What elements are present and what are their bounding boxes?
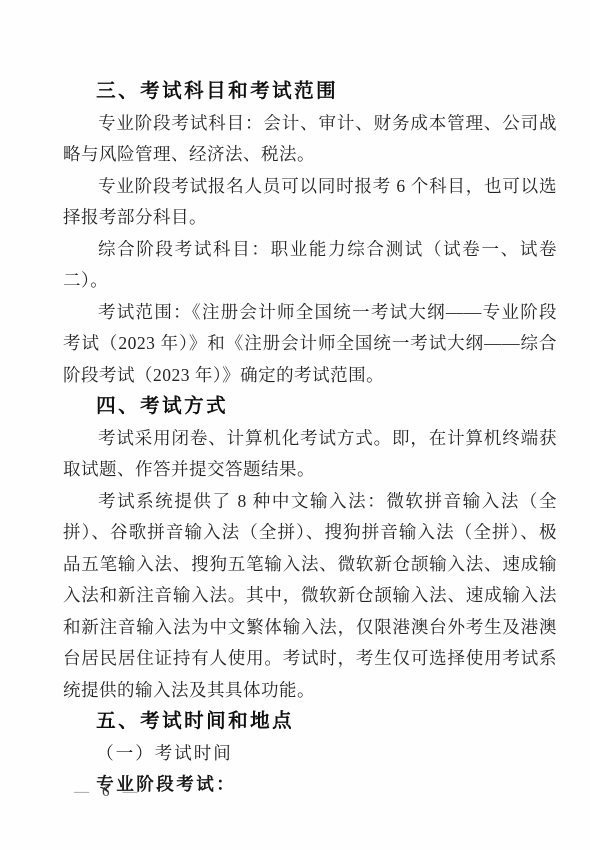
paragraph-registration-subjects: 专业阶段考试报名人员可以同时报考 6 个科目，也可以选择报考部分科目。 (63, 171, 557, 234)
document-page: 三、考试科目和考试范围 专业阶段考试科目：会计、审计、财务成本管理、公司战略与风… (0, 0, 590, 850)
paragraph-closed-book-computerized: 考试采用闭卷、计算机化考试方式。即，在计算机终端获取试题、作答并提交答题结果。 (63, 423, 557, 486)
paragraph-professional-subjects: 专业阶段考试科目：会计、审计、财务成本管理、公司战略与风险管理、经济法、税法。 (63, 108, 557, 171)
paragraph-comprehensive-subjects: 综合阶段考试科目：职业能力综合测试（试卷一、试卷二）。 (63, 234, 557, 297)
page-number-value: 6 (102, 782, 110, 802)
paragraph-input-methods: 考试系统提供了 8 种中文输入法：微软拼音输入法（全拼）、谷歌拼音输入法（全拼）… (63, 486, 557, 707)
section-heading-exam-method: 四、考试方式 (63, 391, 557, 423)
section-heading-time-and-place: 五、考试时间和地点 (63, 706, 557, 738)
page-number-dash-right: — (123, 782, 138, 802)
section-heading-exam-subjects: 三、考试科目和考试范围 (63, 76, 557, 108)
document-content: 三、考试科目和考试范围 专业阶段考试科目：会计、审计、财务成本管理、公司战略与风… (63, 76, 557, 801)
paragraph-exam-scope: 考试范围：《注册会计师全国统一考试大纲——专业阶段考试（2023 年）》和《注册… (63, 297, 557, 392)
page-number: — 6 — (74, 782, 138, 802)
page-number-dash-left: — (74, 782, 89, 802)
subheading-exam-time: （一）考试时间 (63, 738, 557, 770)
